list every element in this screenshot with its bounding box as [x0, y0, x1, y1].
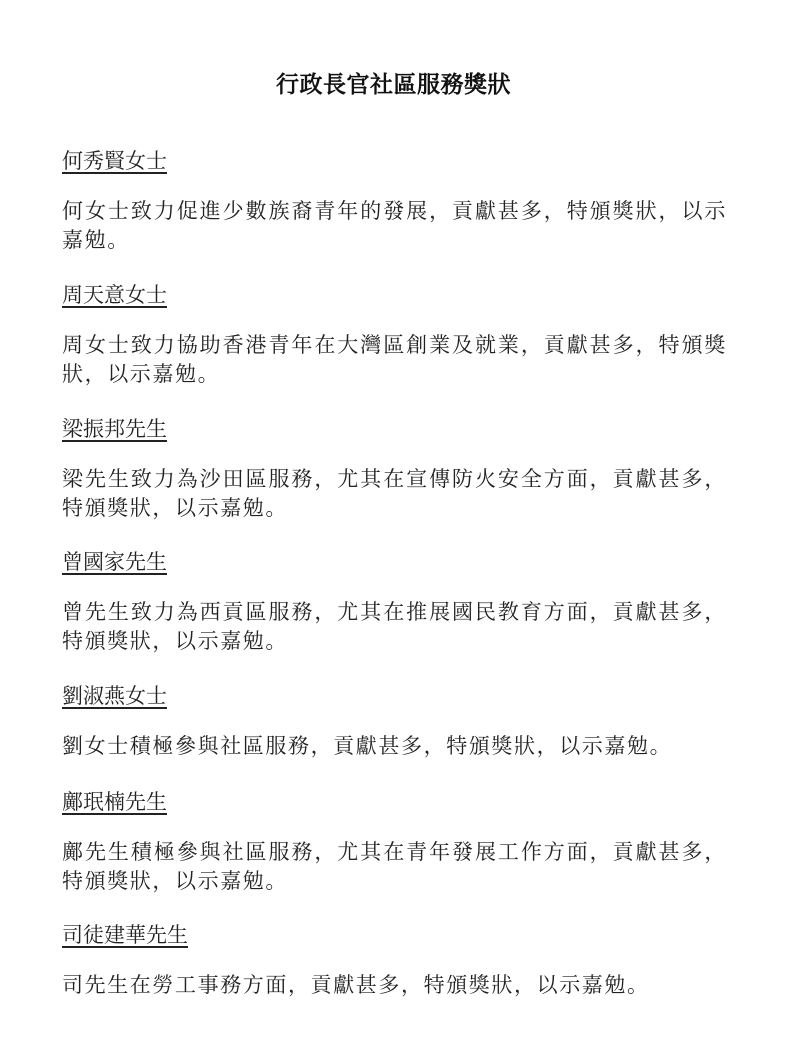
awardee-entry: 梁振邦先生 梁先生致力為沙田區服務，尤其在宣傳防火安全方面，貢獻甚多，特頒獎狀，… — [62, 415, 727, 523]
awardee-citation: 何女士致力促進少數族裔青年的發展，貢獻甚多，特頒獎狀，以示嘉勉。 — [62, 197, 727, 255]
awardee-citation: 曾先生致力為西貢區服務，尤其在推展國民教育方面，貢獻甚多，特頒獎狀，以示嘉勉。 — [62, 598, 727, 656]
awardee-name: 劉淑燕女士 — [62, 682, 167, 710]
awardee-citation: 劉女士積極參與社區服務，貢獻甚多，特頒獎狀，以示嘉勉。 — [62, 732, 727, 761]
awardee-entry: 鄺珉楠先生 鄺先生積極參與社區服務，尤其在青年發展工作方面，貢獻甚多，特頒獎狀，… — [62, 788, 727, 896]
awardee-name: 鄺珉楠先生 — [62, 788, 167, 816]
awardee-entry: 何秀賢女士 何女士致力促進少數族裔青年的發展，貢獻甚多，特頒獎狀，以示嘉勉。 — [62, 147, 727, 255]
awardee-name: 梁振邦先生 — [62, 415, 167, 443]
awardee-entry: 司徒建華先生 司先生在勞工事務方面，貢獻甚多，特頒獎狀，以示嘉勉。 — [62, 921, 727, 1000]
awardee-citation: 周女士致力協助香港青年在大灣區創業及就業，貢獻甚多，特頒獎狀，以示嘉勉。 — [62, 331, 727, 389]
awardee-citation: 鄺先生積極參與社區服務，尤其在青年發展工作方面，貢獻甚多，特頒獎狀，以示嘉勉。 — [62, 838, 727, 896]
awardee-name: 曾國家先生 — [62, 548, 167, 576]
awardee-citation: 梁先生致力為沙田區服務，尤其在宣傳防火安全方面，貢獻甚多，特頒獎狀，以示嘉勉。 — [62, 465, 727, 523]
awardee-name: 周天意女士 — [62, 281, 167, 309]
page-title: 行政長官社區服務獎狀 — [0, 66, 787, 99]
awardee-entry: 曾國家先生 曾先生致力為西貢區服務，尤其在推展國民教育方面，貢獻甚多，特頒獎狀，… — [62, 548, 727, 656]
awardee-name: 司徒建華先生 — [62, 921, 188, 949]
awardee-entry: 周天意女士 周女士致力協助香港青年在大灣區創業及就業，貢獻甚多，特頒獎狀，以示嘉… — [62, 281, 727, 389]
awardee-name: 何秀賢女士 — [62, 147, 167, 175]
awardee-entry: 劉淑燕女士 劉女士積極參與社區服務，貢獻甚多，特頒獎狀，以示嘉勉。 — [62, 682, 727, 761]
awardee-citation: 司先生在勞工事務方面，貢獻甚多，特頒獎狀，以示嘉勉。 — [62, 971, 727, 1000]
